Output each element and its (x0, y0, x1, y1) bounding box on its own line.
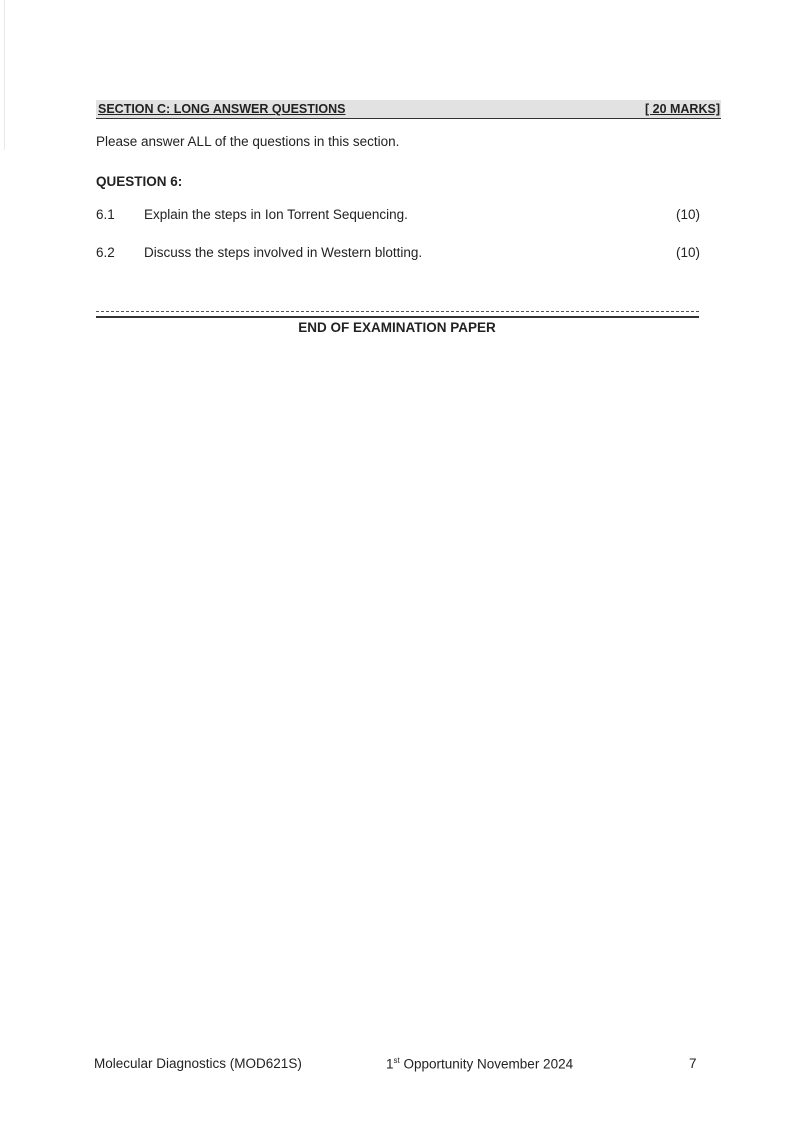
opportunity-text: Opportunity November 2024 (400, 1057, 573, 1072)
question-marks: (10) (676, 245, 700, 260)
section-marks: [ 20 MARKS] (645, 102, 720, 116)
opportunity-number: 1 (386, 1057, 394, 1072)
scan-edge-line (4, 0, 5, 150)
page-number: 7 (689, 1056, 697, 1071)
question-text: Explain the steps in Ion Torrent Sequenc… (144, 207, 408, 222)
instruction-text: Please answer ALL of the questions in th… (96, 134, 399, 149)
solid-divider (96, 316, 699, 318)
section-title: SECTION C: LONG ANSWER QUESTIONS (98, 102, 345, 116)
question-number: 6.2 (96, 245, 115, 260)
dashed-divider (96, 311, 699, 312)
question-heading: QUESTION 6: (96, 174, 182, 189)
question-text: Discuss the steps involved in Western bl… (144, 245, 422, 260)
question-number: 6.1 (96, 207, 115, 222)
footer-course: Molecular Diagnostics (MOD621S) (94, 1056, 302, 1071)
end-of-paper-text: END OF EXAMINATION PAPER (0, 320, 794, 335)
question-marks: (10) (676, 207, 700, 222)
footer-opportunity: 1st Opportunity November 2024 (386, 1056, 573, 1072)
